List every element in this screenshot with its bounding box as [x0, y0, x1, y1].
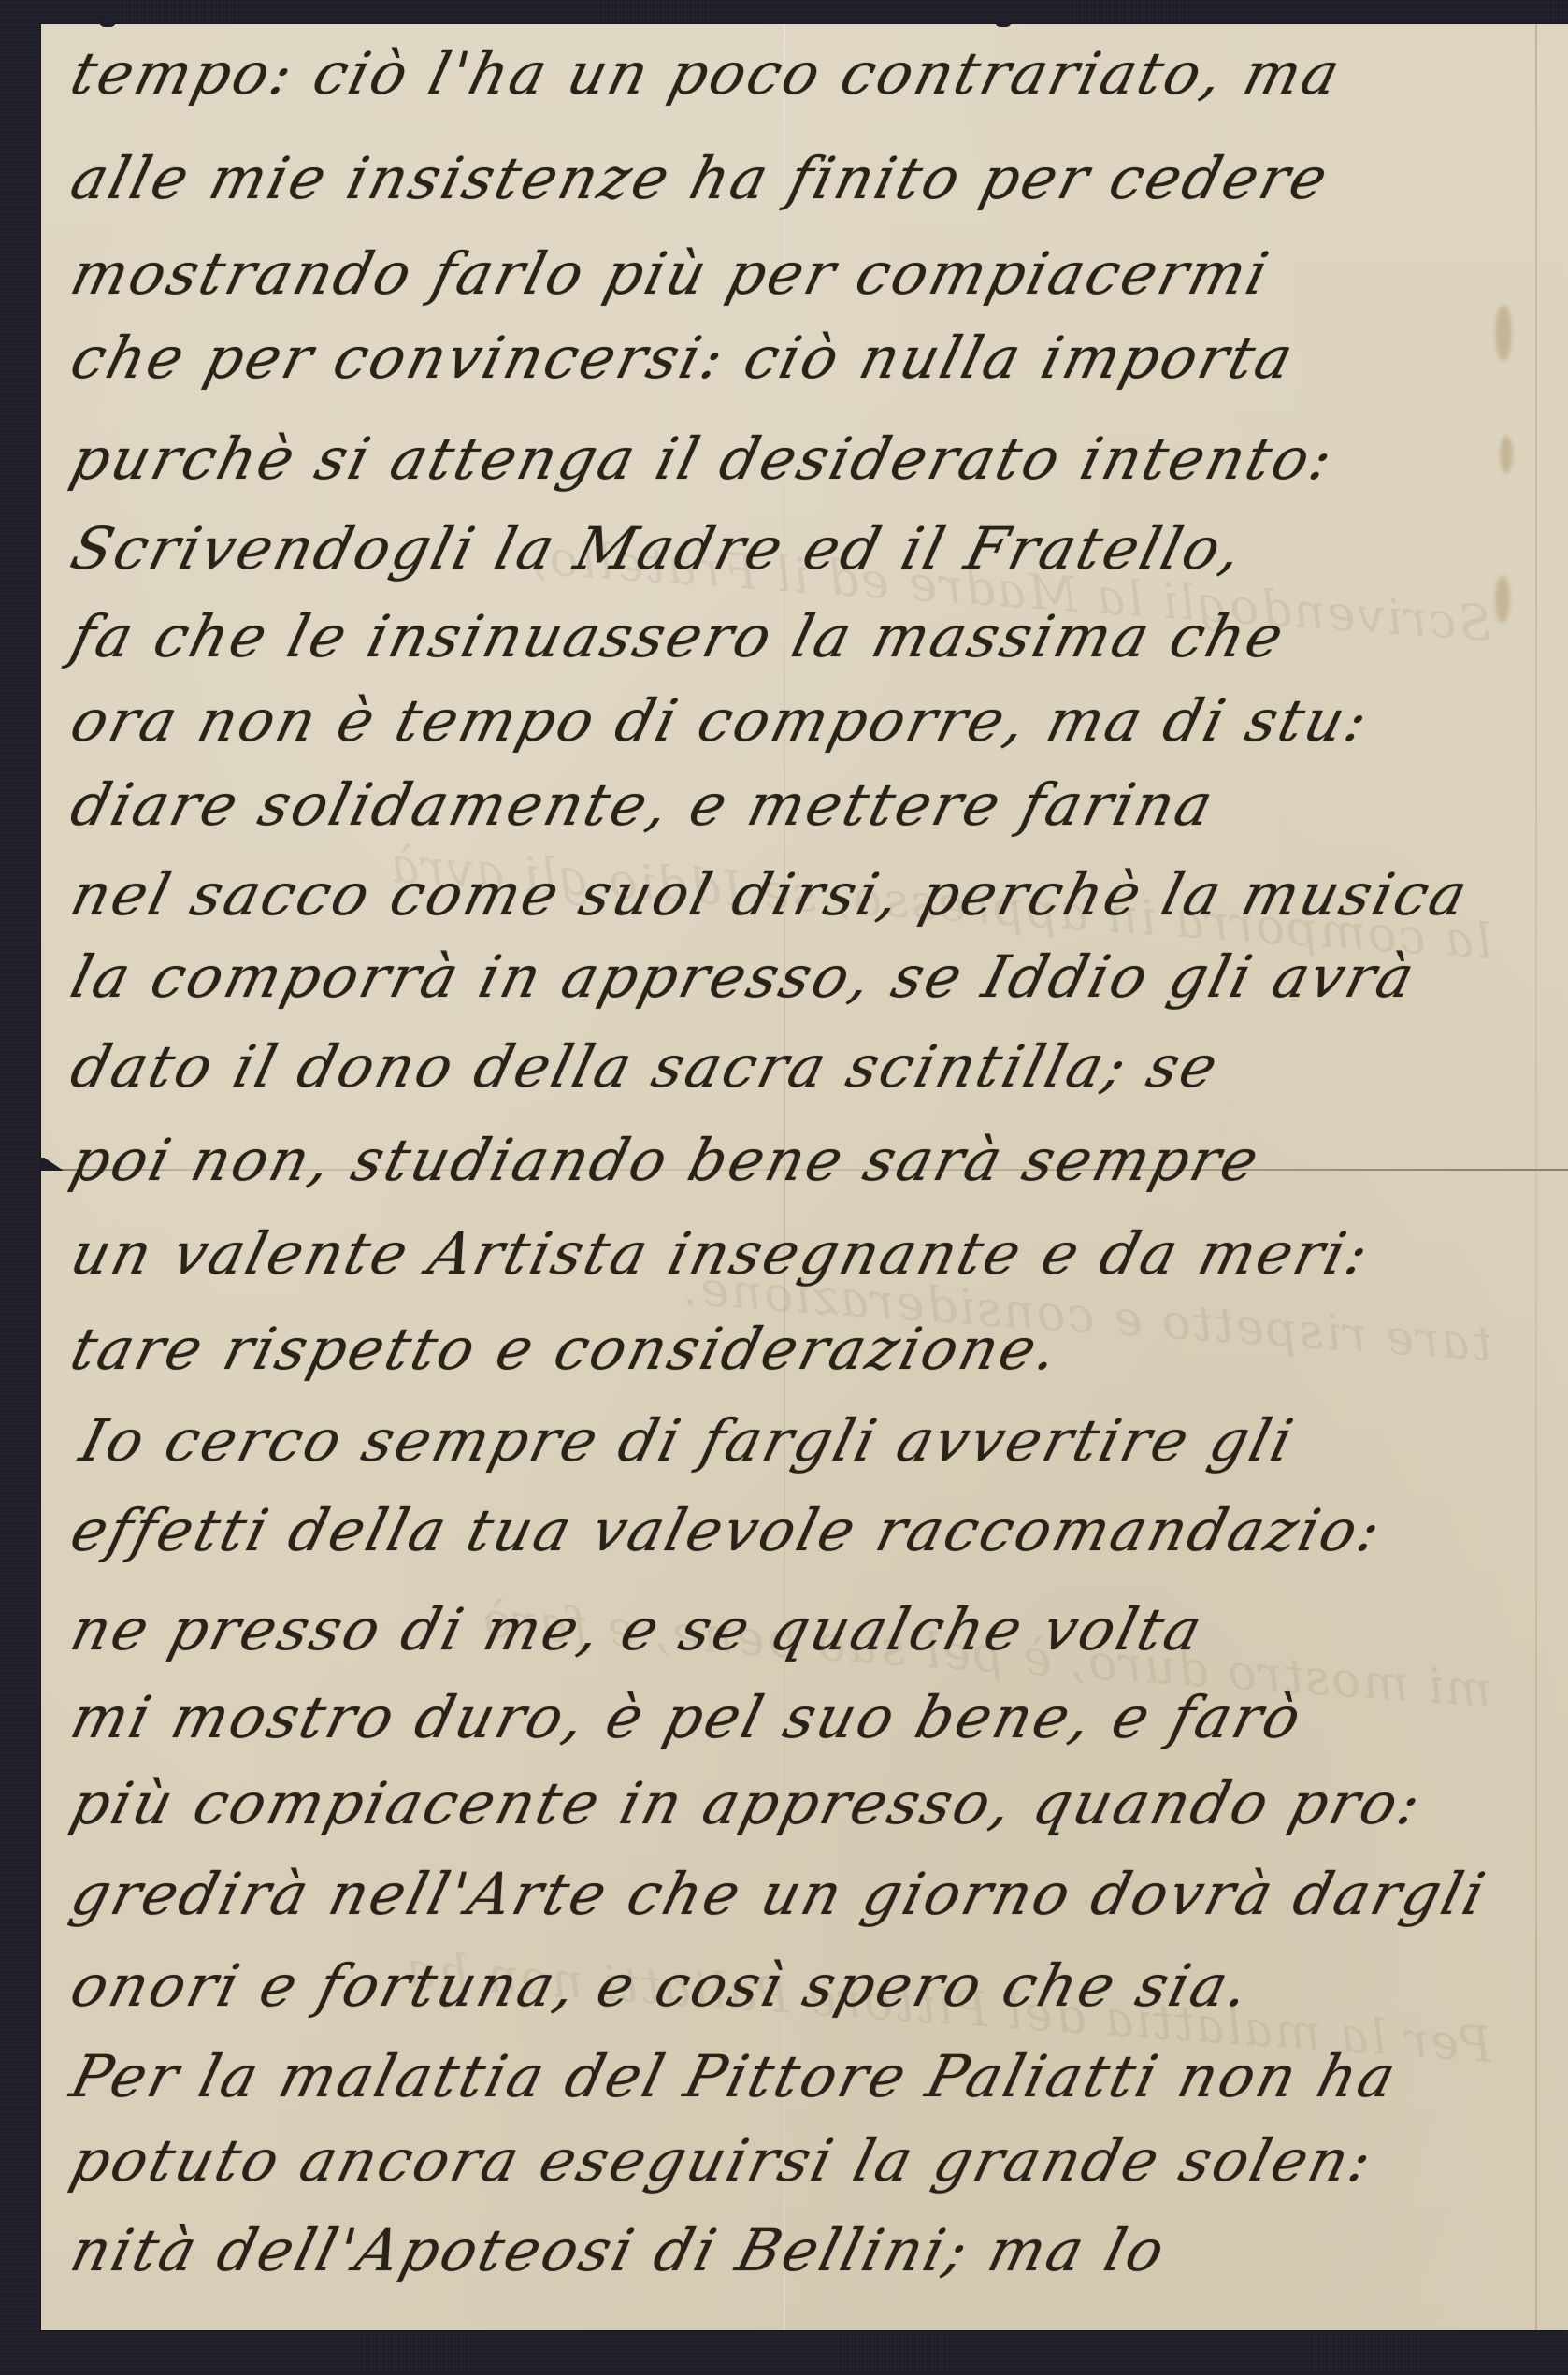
letter-line: fa che le insinuassero la massima che: [65, 608, 1538, 666]
letter-line: Scrivendogli la Madre ed il Fratello,: [65, 520, 1538, 578]
letter-line: mostrando farlo più per compiacermi: [65, 245, 1538, 303]
letter-line: dato il dono della sacra scintilla; se: [65, 1038, 1538, 1096]
paper-notch: [995, 22, 1012, 27]
letter-line: purchè si attenga il desiderato intento:: [65, 430, 1538, 488]
letter-line: alle mie insistenze ha finito per cedere: [65, 150, 1538, 208]
letter-line: gredirà nell'Arte che un giorno dovrà da…: [65, 1865, 1538, 1923]
letter-line: tare rispetto e considerazione.: [65, 1320, 1538, 1378]
letter-line: che per convincersi: ciò nulla importa: [65, 329, 1538, 387]
letter-line: Io cerco sempre di fargli avvertire gli: [75, 1412, 1547, 1470]
letter-line: Per la malattia del Pittore Paliatti non…: [65, 2048, 1538, 2106]
paper-notch: [99, 22, 116, 27]
letter-line: la comporrà in appresso, se Iddio gli av…: [65, 948, 1538, 1006]
letter-line: più compiacente in appresso, quando pro:: [65, 1775, 1538, 1833]
letter-line: mi mostro duro, è pel suo bene, e farò: [65, 1689, 1538, 1747]
letter-line: un valente Artista insegnante e da meri:: [65, 1225, 1538, 1283]
letter-line: nel sacco come suol dirsi, perchè la mus…: [65, 866, 1538, 924]
letter-line: ora non è tempo di comporre, ma di stu:: [65, 692, 1538, 750]
letter-line: onori e fortuna, e così spero che sia.: [65, 1957, 1538, 2015]
right-fold-line: [1535, 24, 1537, 2330]
letter-line: potuto ancora eseguirsi la grande solen:: [65, 2132, 1538, 2190]
letter-line: poi non, studiando bene sarà sempre: [65, 1131, 1538, 1189]
letter-line: ne presso di me, e se qualche volta: [65, 1601, 1538, 1659]
letter-line: tempo: ciò l'ha un poco contrariato, ma: [65, 45, 1538, 103]
letter-line: effetti della tua valevole raccomandazio…: [65, 1502, 1538, 1560]
letter-line: nità dell'Apoteosi di Bellini; ma lo: [65, 2222, 1538, 2280]
edge-tear: [39, 1158, 64, 1171]
letter-line: diare solidamente, e mettere farina: [65, 776, 1538, 834]
